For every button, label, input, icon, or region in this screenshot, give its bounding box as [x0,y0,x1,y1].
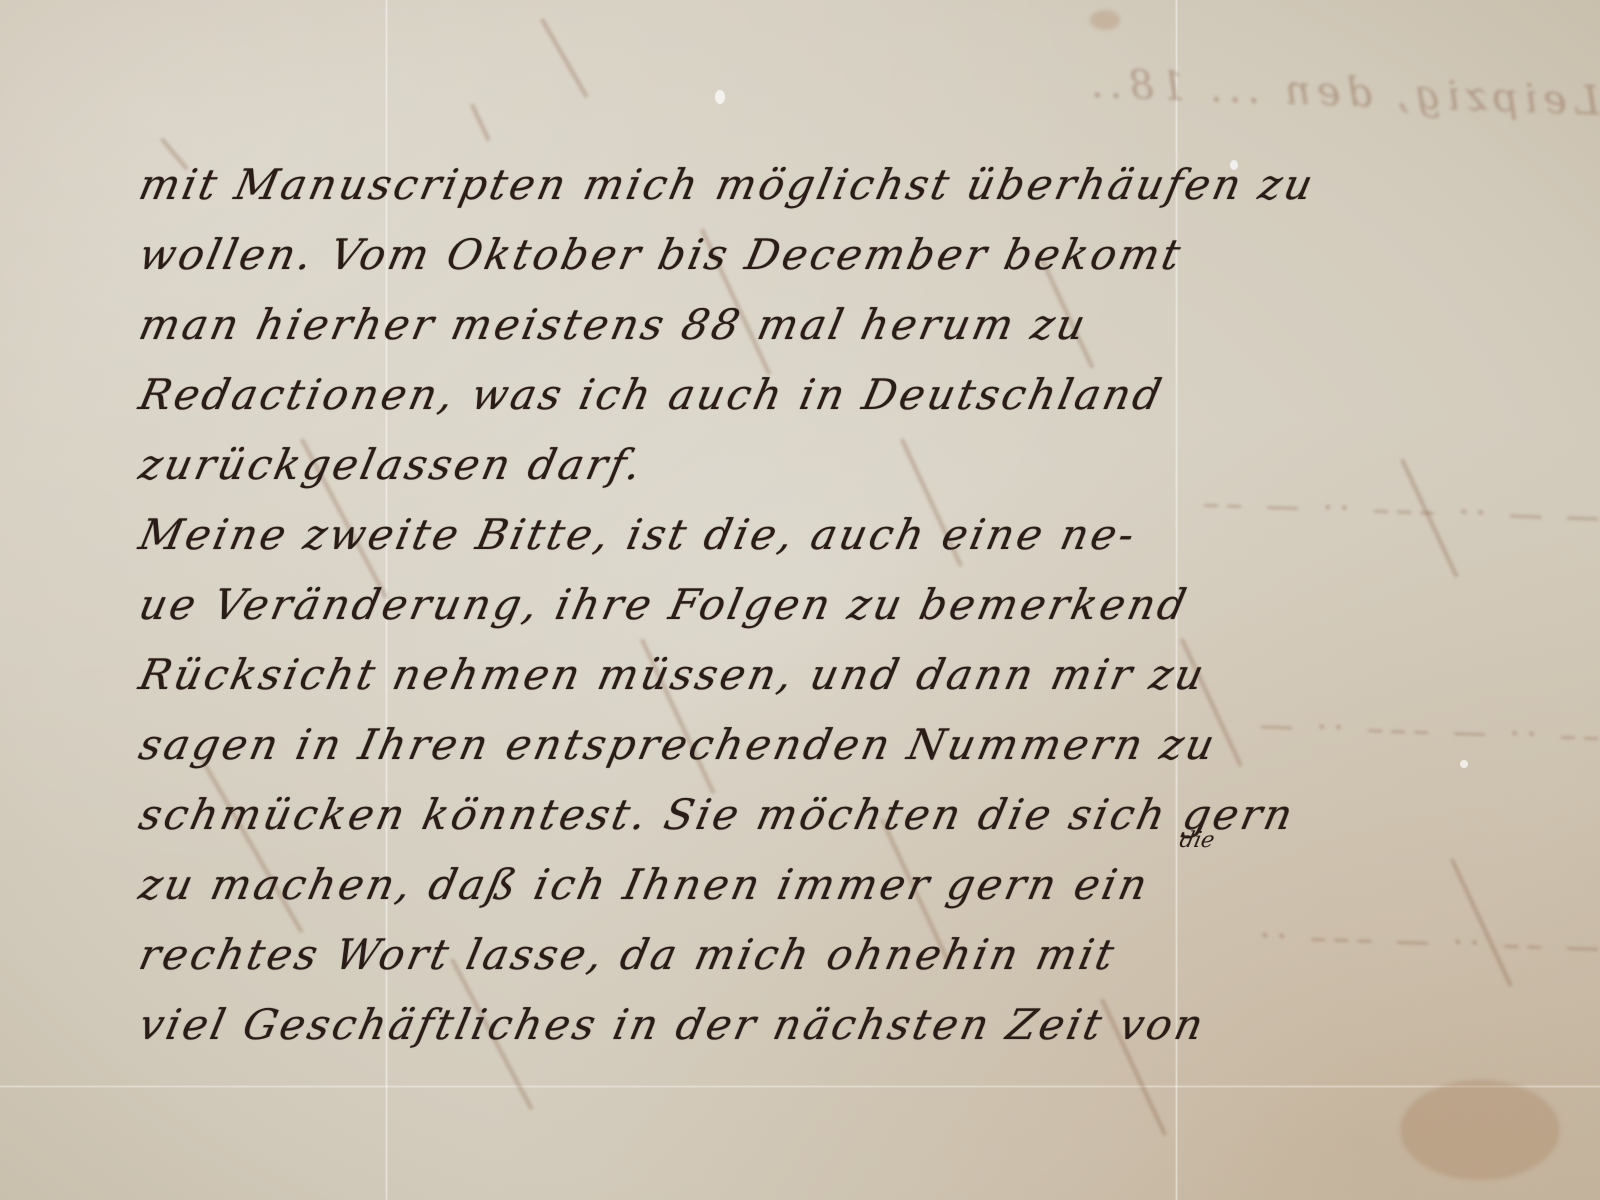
letter-line-13: viel Geschäftliches in der nächsten Zeit… [133,990,1588,1060]
letter-line-9: sagen in Ihren entsprechenden Nummern zu [133,710,1588,780]
letter-line-11: zu machen, daß ich Ihnen immer gern ein [133,850,1588,920]
letter-line-5: zurückgelassen darf. [133,430,1588,500]
letter-line-7: ue Veränderung, ihre Folgen zu bemerkend [133,570,1588,640]
letter-line-10: schmücken könntest. Sie möchten die sich… [133,780,1588,850]
letter-line-1: mit Manuscripten mich möglichst überhäuf… [133,150,1588,220]
paper-speck [715,90,725,104]
letter-line-8: Rücksicht nehmen müssen, und dann mir zu [133,640,1588,710]
letter-line-3: man hierher meistens 88 mal herum zu [133,290,1588,360]
paper-stain [1400,1080,1560,1180]
letter-line-6: Meine zweite Bitte, ist die, auch eine n… [133,500,1588,570]
handwritten-letter-body: mit Manuscripten mich möglichst überhäuf… [140,150,1580,1060]
paper-crease-horizontal [0,1085,1600,1088]
paper-stain [1090,10,1120,30]
letter-line-12: rechtes Wort lasse, da mich ohnehin mit [133,920,1588,990]
letter-line-2: wollen. Vom Oktober bis December bekomt [133,220,1588,290]
interlinear-insertion: die [1177,828,1216,853]
letter-line-4: Redactionen, was ich auch in Deutschland [133,360,1588,430]
